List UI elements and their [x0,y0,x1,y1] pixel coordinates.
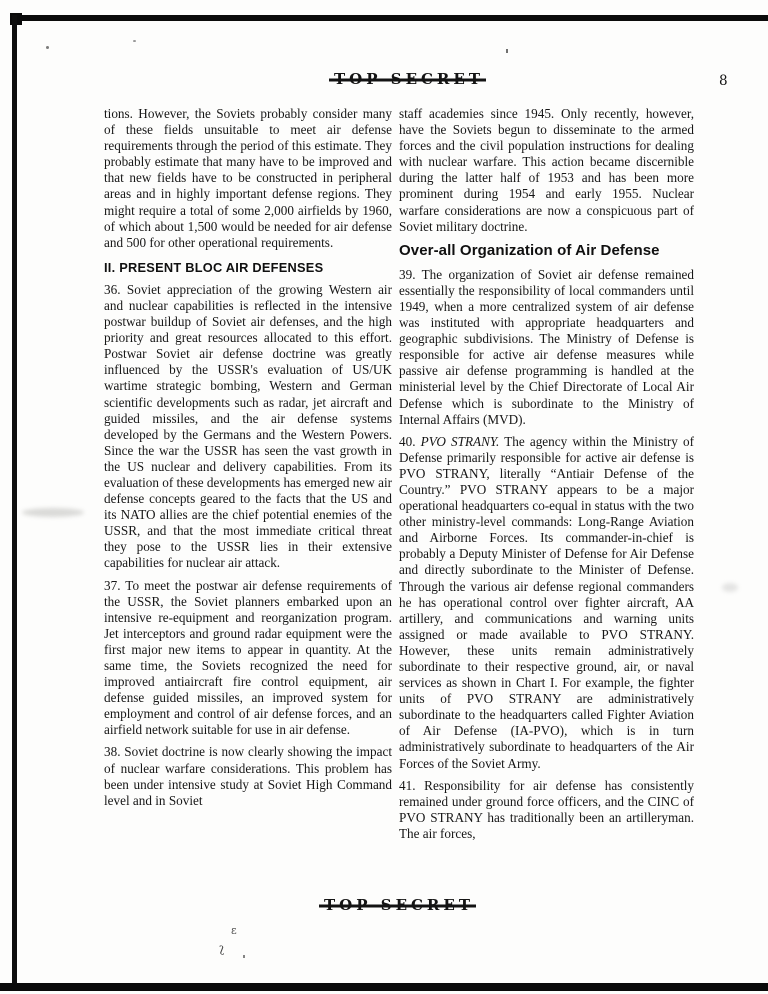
paragraph-continuation-left: tions. However, the Soviets probably con… [104,106,392,251]
section-heading-overall-organization: Over-all Organization of Air Defense [399,242,694,259]
page-number: 8 [719,73,728,89]
section-heading-present-bloc-air-defenses: II. PRESENT BLOC AIR DEFENSES [104,260,392,275]
paragraph-41: 41. Responsibility for air defense has c… [399,778,694,842]
document-page: TOP SECRET 8 tions. However, the Soviets… [0,0,768,994]
paragraph-continuation-right: staff academies since 1945. Only recentl… [399,106,694,235]
paragraph-37: 37. To meet the postwar air defense requ… [104,578,392,739]
paragraph-40: 40. PVO STRANY. The agency within the Mi… [399,434,694,772]
scan-speck [46,46,49,49]
paragraph-39: 39. The organization of Soviet air defen… [399,267,694,428]
pencil-mark: ʅ [218,941,226,956]
scan-border-bottom [0,983,768,991]
paragraph-38: 38. Soviet doctrine is now clearly showi… [104,744,392,808]
paragraph-40-text: The agency within the Ministry of Defens… [399,434,694,771]
classification-stamp-header: TOP SECRET [334,70,484,88]
scan-smudge [22,508,84,517]
right-column: staff academies since 1945. Only recentl… [399,106,694,842]
paragraph-36: 36. Soviet appreciation of the growing W… [104,282,392,572]
classification-stamp-footer: TOP SECRET [324,896,474,914]
scan-speck [133,40,136,42]
scan-border-top [12,15,768,21]
paragraph-40-number: 40. [399,434,421,449]
scan-border-left [12,15,17,985]
scan-smudge [722,583,738,592]
left-column: tions. However, the Soviets probably con… [104,106,392,809]
paragraph-40-italic-lead: PVO STRANY. [421,434,500,449]
pencil-mark: ε [231,924,237,937]
pencil-mark [243,955,245,958]
scan-speck [506,49,508,53]
